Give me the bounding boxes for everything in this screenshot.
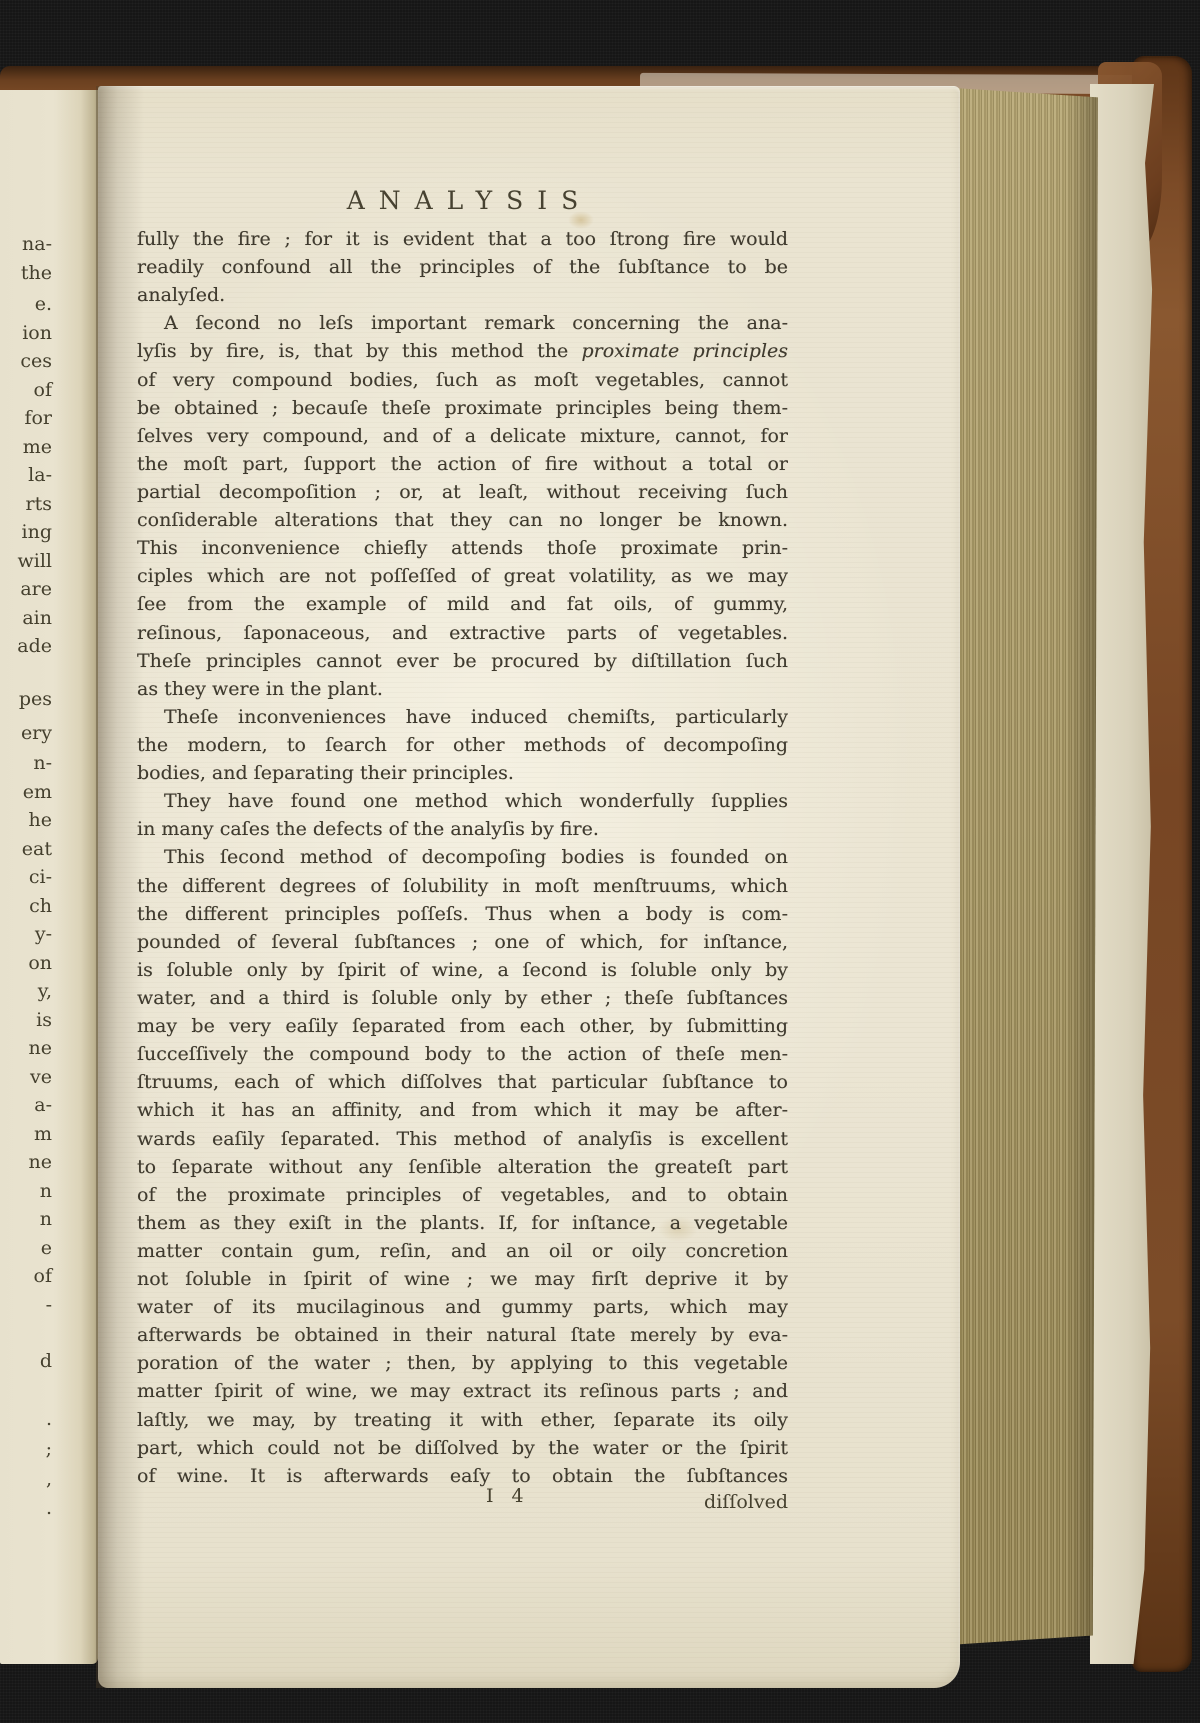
facing-page-text-fragment: ade [0,635,52,657]
facing-page-text-fragment: n [0,1208,52,1230]
page-text-block: fully the fire ; for it is evident that … [137,228,788,1493]
text-line: water, and a third is ſoluble only by et… [137,987,788,1015]
facing-page-edge: na-thee.ioncesofformela-rtsingwillareain… [0,90,98,1664]
text-line: to ſeparate without any ſenſible alterat… [137,1156,788,1184]
text-line: ſtruums, each of which diſſolves that pa… [137,1071,788,1099]
facing-page-text-fragment: la- [0,464,52,486]
text-line: Theſe inconveniences have induced chemiſ… [137,706,788,734]
text-line: laſtly, we may, by treating it with ethe… [137,1409,788,1437]
page-fore-edge-stack [950,88,1098,1648]
text-line: matter contain gum, reſin, and an oil or… [137,1240,788,1268]
catchword: diſſolved [704,1491,788,1513]
facing-page-text-fragment: n [0,1180,52,1202]
facing-page-text-fragment: , [0,1468,52,1490]
text-line: is ſoluble only by ſpirit of wine, a ſec… [137,959,788,987]
text-line: reſinous, ſaponaceous, and extractive pa… [137,622,788,650]
text-line: them as they exiſt in the plants. If, fo… [137,1212,788,1240]
text-line: be obtained ; becauſe theſe proximate pr… [137,397,788,425]
text-line: ciples which are not poſſeſſed of great … [137,565,788,593]
facing-page-text-fragment: a- [0,1094,52,1116]
text-line: Theſe principles cannot ever be procured… [137,650,788,678]
text-line: ſelves very compound, and of a delicate … [137,425,788,453]
facing-page-text-fragment: na- [0,233,52,255]
text-line: matter ſpirit of wine, we may extract it… [137,1380,788,1408]
text-line: part, which could not be diſſolved by th… [137,1437,788,1465]
facing-page-text-fragment: em [0,781,52,803]
page-footer: I 4 diſſolved [137,1485,788,1515]
facing-page-text-fragment: . [0,1497,52,1519]
facing-page-text-fragment: ion [0,322,52,344]
facing-page-text-fragment: m [0,1123,52,1145]
facing-page-text-fragment: on [0,952,52,974]
text-line: may be very eaſily ſeparated from each o… [137,1015,788,1043]
text-line: conſiderable alterations that they can n… [137,509,788,537]
text-line: partial decompoſition ; or, at leaſt, wi… [137,481,788,509]
facing-page-text-fragment: eat [0,838,52,860]
facing-page-text-fragment: ch [0,895,52,917]
text-line: ſee from the example of mild and fat oil… [137,593,788,621]
facing-page-text-fragment: ery [0,722,52,744]
text-line: analyſed. [137,284,788,312]
facing-page-text-fragment: y- [0,923,52,945]
facing-page-text-fragment: ne [0,1151,52,1173]
facing-page-text-fragment: is [0,1009,52,1031]
facing-page-text-fragment: ne [0,1037,52,1059]
facing-page-text-fragment: ain [0,607,52,629]
facing-page-text-fragment: . [0,1408,52,1430]
facing-page-text-fragment: ces [0,350,52,372]
facing-page-text-fragment: are [0,578,52,600]
text-line: not ſoluble in ſpirit of wine ; we may f… [137,1268,788,1296]
facing-page-text-fragment: rts [0,493,52,515]
text-line: as they were in the plant. [137,678,788,706]
text-line: of the proximate principles of vegetable… [137,1184,788,1212]
text-line: ſucceſſively the compound body to the ac… [137,1043,788,1071]
facing-page-text-fragment: ci- [0,866,52,888]
text-line: lyſis by fire, is, that by this method t… [137,340,788,368]
text-line: in many caſes the defects of the analyſi… [137,818,788,846]
text-line: afterwards be obtained in their natural … [137,1324,788,1352]
facing-page-text-fragment: pes [0,688,52,710]
facing-page-text-fragment: me [0,436,52,458]
facing-page-text-fragment: ing [0,521,52,543]
facing-page-text-fragment: - [0,1294,52,1316]
text-line: A ſecond no leſs important remark concer… [137,312,788,340]
facing-page-text-fragment: n- [0,752,52,774]
text-line: the different principles poſſeſs. Thus w… [137,903,788,931]
facing-page-text-fragment: the [0,262,52,284]
text-line: They have found one method which wonderf… [137,790,788,818]
text-line: the moſt part, ſupport the action of fir… [137,453,788,481]
facing-page-text-fragment: he [0,809,52,831]
gutter-shadow [96,86,144,1688]
text-line: This ſecond method of decompoſing bodies… [137,846,788,874]
text-line: water of its mucilaginous and gummy part… [137,1296,788,1324]
facing-page-text-fragment: will [0,550,52,572]
facing-page-text-fragment: for [0,407,52,429]
text-line: fully the fire ; for it is evident that … [137,228,788,256]
text-line: wards eaſily ſeparated. This method of a… [137,1128,788,1156]
text-line: pounded of ſeveral ſubſtances ; one of w… [137,931,788,959]
facing-page-text-fragment: e [0,1237,52,1259]
facing-page-text-fragment: of [0,1265,52,1287]
text-line: readily confound all the principles of t… [137,256,788,284]
text-line: This inconvenience chiefly attends thoſe… [137,537,788,565]
text-line: of very compound bodies, ſuch as moſt ve… [137,369,788,397]
photo-background: na-thee.ioncesofformela-rtsingwillareain… [0,0,1200,1723]
text-line: the modern, to ſearch for other methods … [137,734,788,762]
facing-page-text-fragment: e. [0,293,52,315]
book-page: ANALYSIS fully the fire ; for it is evid… [98,86,960,1688]
signature-mark: I 4 [486,1485,530,1507]
text-line: bodies, and ſeparating their principles. [137,762,788,790]
torn-paper-edge [1090,84,1154,1664]
running-head-title: ANALYSIS [137,186,788,215]
text-line: the different degrees of ſolubility in m… [137,875,788,903]
facing-page-text-fragment: ; [0,1438,52,1460]
facing-page-text-fragment: of [0,379,52,401]
facing-page-text-fragment: d [0,1350,52,1372]
text-line: which it has an affinity, and from which… [137,1099,788,1127]
facing-page-text-fragment: y, [0,980,52,1002]
facing-page-text-fragment: ve [0,1066,52,1088]
text-line: poration of the water ; then, by applyin… [137,1352,788,1380]
